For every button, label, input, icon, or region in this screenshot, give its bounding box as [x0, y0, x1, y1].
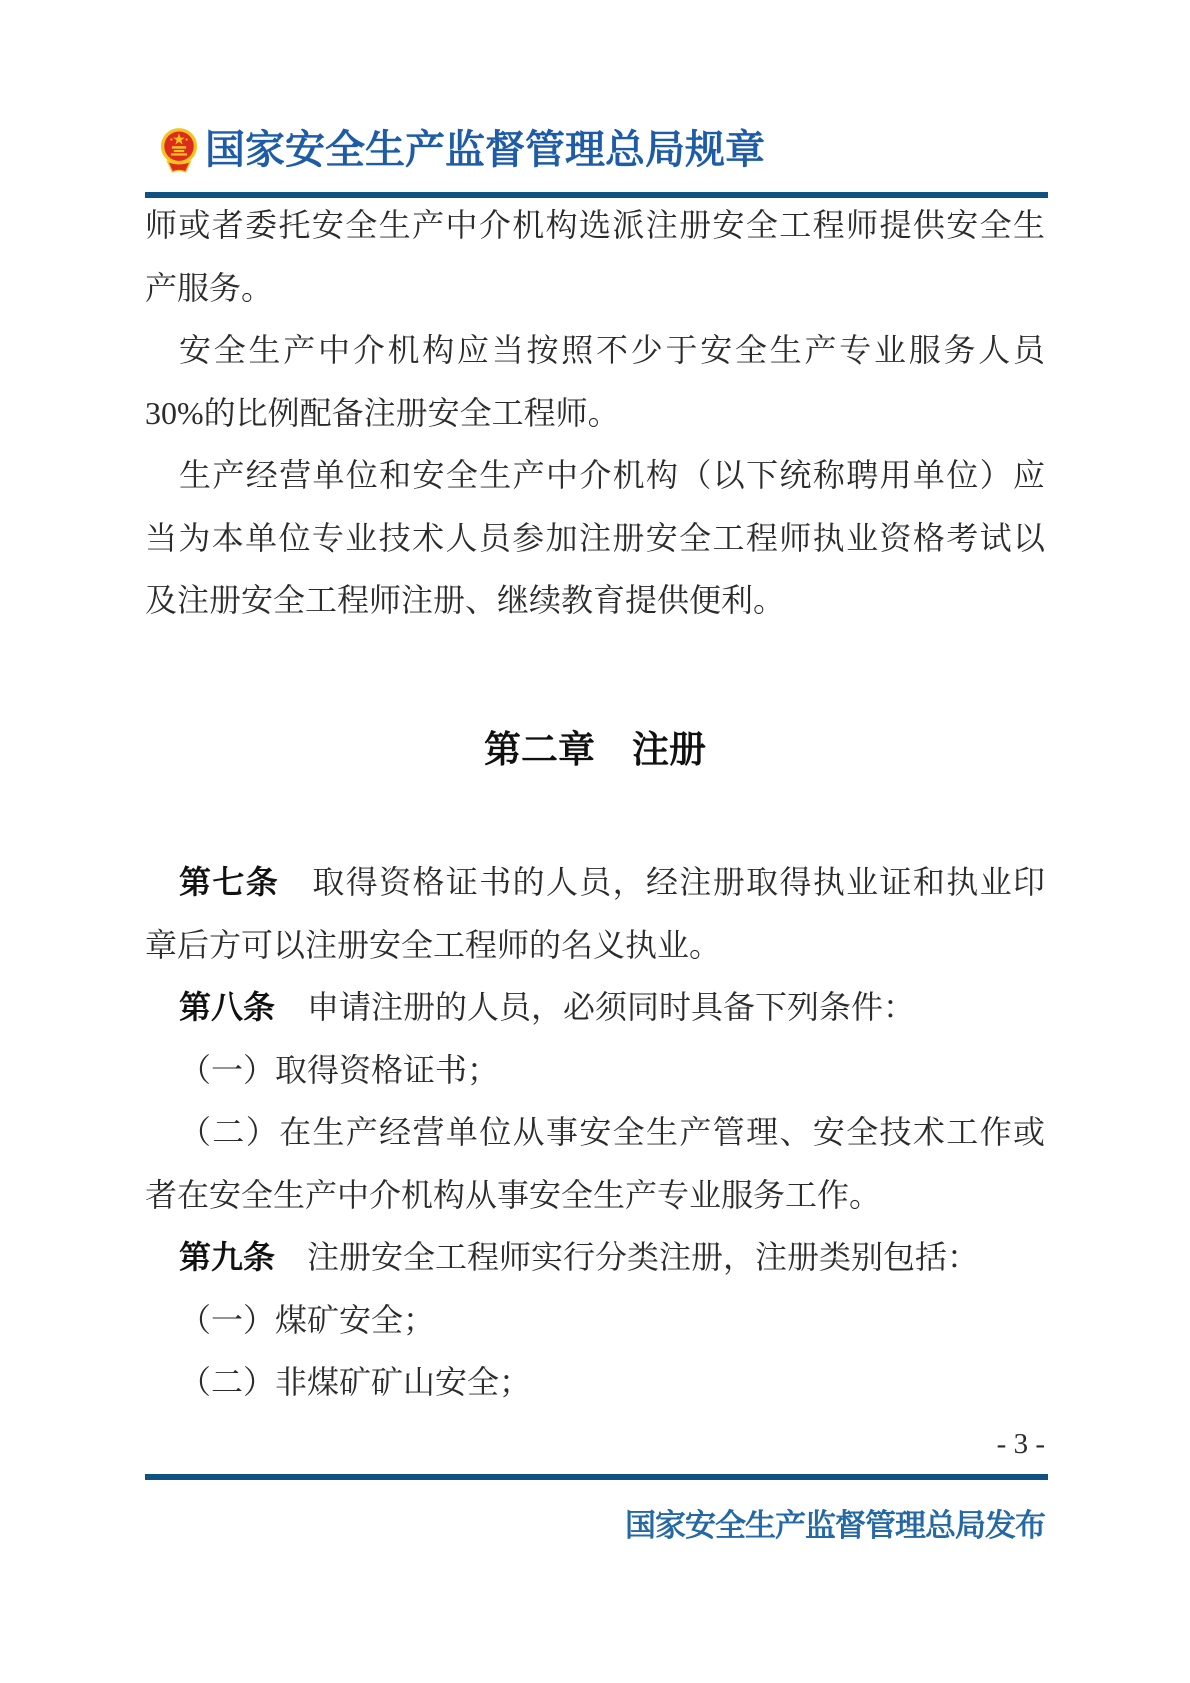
body-line-text: 者在安全生产中介机构从事安全生产专业服务工作。 [145, 1177, 881, 1213]
body-line: 生产经营单位和安全生产中介机构（以下统称聘用单位）应 [145, 444, 1045, 507]
body-line-text: （二）非煤矿矿山安全； [179, 1364, 531, 1400]
body-line: 安全生产中介机构应当按照不少于安全生产专业服务人员 [145, 319, 1045, 382]
body-line: 第八条 申请注册的人员，必须同时具备下列条件： [145, 976, 1045, 1039]
body-line: （一）取得资格证书； [145, 1039, 1045, 1102]
article-number: 第九条 [179, 1239, 275, 1275]
document-header-title: 国家安全生产监督管理总局规章 [205, 124, 1065, 176]
body-line-text: 章后方可以注册安全工程师的名义执业。 [145, 927, 721, 963]
body-line-text: 当为本单位专业技术人员参加注册安全工程师执业资格考试以 [145, 520, 1045, 556]
body-line-text: （一）取得资格证书； [179, 1052, 499, 1088]
body-line: 及注册安全工程师注册、继续教育提供便利。 [145, 569, 1045, 632]
body-line-text: （二）在生产经营单位从事安全生产管理、安全技术工作或 [179, 1114, 1045, 1150]
body-line-text: 取得资格证书的人员，经注册取得执业证和执业印 [279, 864, 1045, 900]
page-number: - 3 - [145, 1424, 1045, 1464]
body-line: 章后方可以注册安全工程师的名义执业。 [145, 914, 1045, 977]
body-line: 当为本单位专业技术人员参加注册安全工程师执业资格考试以 [145, 507, 1045, 570]
body-line-text: 申请注册的人员，必须同时具备下列条件： [275, 989, 915, 1025]
china-national-emblem-icon [160, 127, 198, 173]
article-number: 第七条 [179, 864, 279, 900]
body-line: 产服务。 [145, 257, 1045, 320]
body-line-text: 30%的比例配备注册安全工程师。 [145, 395, 620, 431]
body-line: 者在安全生产中介机构从事安全生产专业服务工作。 [145, 1164, 1045, 1227]
body-text-block-2: 第七条 取得资格证书的人员，经注册取得执业证和执业印章后方可以注册安全工程师的名… [145, 851, 1045, 1414]
body-line-text: 生产经营单位和安全生产中介机构（以下统称聘用单位）应 [179, 457, 1045, 493]
document-page: 国家安全生产监督管理总局规章 师或者委托安全生产中介机构选派注册安全工程师提供安… [0, 0, 1190, 1683]
body-line: 30%的比例配备注册安全工程师。 [145, 382, 1045, 445]
body-line: 第七条 取得资格证书的人员，经注册取得执业证和执业印 [145, 851, 1045, 914]
body-line-text: 注册安全工程师实行分类注册，注册类别包括： [275, 1239, 979, 1275]
body-line: 第九条 注册安全工程师实行分类注册，注册类别包括： [145, 1226, 1045, 1289]
body-line: （二）在生产经营单位从事安全生产管理、安全技术工作或 [145, 1101, 1045, 1164]
footer-rule [145, 1474, 1048, 1480]
chapter-heading: 第二章 注册 [145, 719, 1045, 781]
footer-publisher: 国家安全生产监督管理总局发布 [145, 1504, 1045, 1548]
body-line-text: 及注册安全工程师注册、继续教育提供便利。 [145, 582, 785, 618]
body-line-text: 师或者委托安全生产中介机构选派注册安全工程师提供安全生 [145, 207, 1045, 243]
body-text-block-1: 师或者委托安全生产中介机构选派注册安全工程师提供安全生产服务。安全生产中介机构应… [145, 194, 1045, 632]
body-line: 师或者委托安全生产中介机构选派注册安全工程师提供安全生 [145, 194, 1045, 257]
body-line: （一）煤矿安全； [145, 1289, 1045, 1352]
body-line-text: （一）煤矿安全； [179, 1302, 435, 1338]
body-line-text: 产服务。 [145, 270, 273, 306]
article-number: 第八条 [179, 989, 275, 1025]
body-line-text: 安全生产中介机构应当按照不少于安全生产专业服务人员 [179, 332, 1045, 368]
body-line: （二）非煤矿矿山安全； [145, 1351, 1045, 1414]
